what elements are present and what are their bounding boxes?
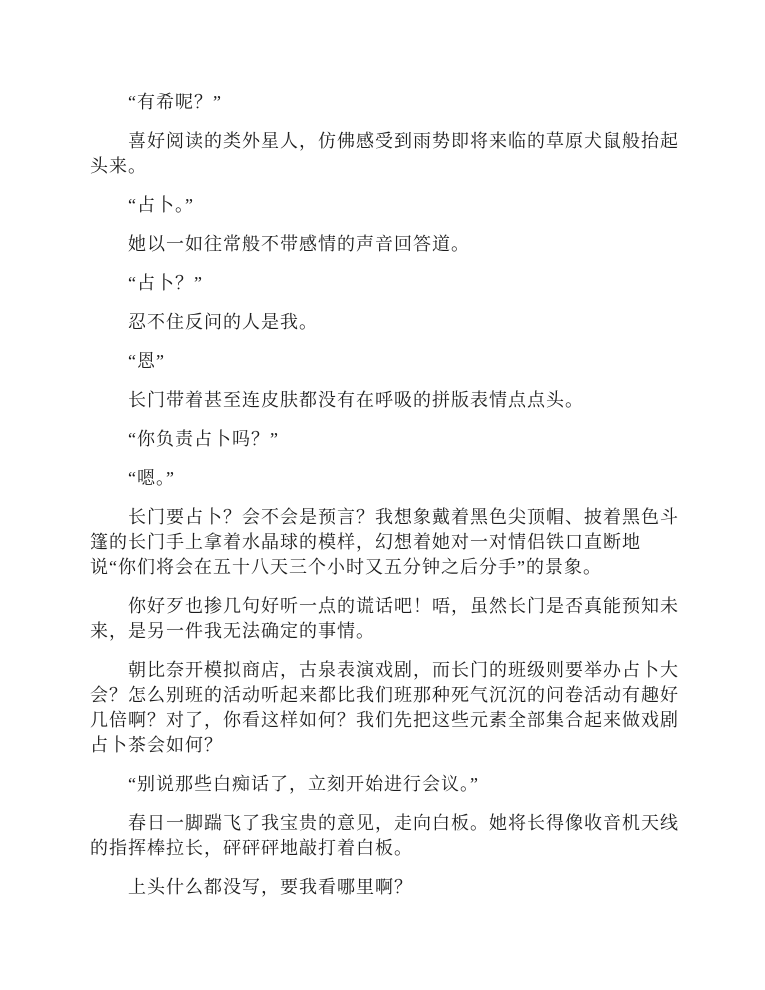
text-block: “有希呢？”喜好阅读的类外星人，仿佛感受到雨势即将来临的草原犬鼠般抬起头来。“占… bbox=[90, 90, 675, 900]
text-line: “占卜。” bbox=[90, 193, 675, 218]
text-line: 长门要占卜？会不会是预言？我想象戴着黑色尖顶帽、披着黑色斗 bbox=[90, 505, 675, 530]
paragraph: “有希呢？” bbox=[90, 90, 675, 115]
paragraph: 长门要占卜？会不会是预言？我想象戴着黑色尖顶帽、披着黑色斗篷的长门手上拿着水晶球… bbox=[90, 505, 675, 580]
paragraph: 你好歹也掺几句好听一点的谎话吧！唔，虽然长门是否真能预知未来，是另一件我无法确定… bbox=[90, 594, 675, 644]
document-page: “有希呢？”喜好阅读的类外星人，仿佛感受到雨势即将来临的草原犬鼠般抬起头来。“占… bbox=[0, 0, 765, 990]
text-line: “有希呢？” bbox=[90, 90, 675, 115]
paragraph: “恩” bbox=[90, 349, 675, 374]
paragraph: 春日一脚踹飞了我宝贵的意见，走向白板。她将长得像收音机天线的指挥棒拉长，砰砰砰地… bbox=[90, 811, 675, 861]
text-line: 春日一脚踹飞了我宝贵的意见，走向白板。她将长得像收音机天线 bbox=[90, 811, 675, 836]
paragraph: 长门带着甚至连皮肤都没有在呼吸的拼版表情点点头。 bbox=[90, 388, 675, 413]
text-line: 篷的长门手上拿着水晶球的模样，幻想着她对一对情侣铁口直断地 bbox=[90, 530, 675, 555]
text-line: 上头什么都没写，要我看哪里啊？ bbox=[90, 875, 675, 900]
paragraph: “你负责占卜吗？” bbox=[90, 427, 675, 452]
text-line: 说“你们将会在五十八天三个小时又五分钟之后分手”的景象。 bbox=[90, 555, 675, 580]
paragraph: 上头什么都没写，要我看哪里啊？ bbox=[90, 875, 675, 900]
text-line: 朝比奈开模拟商店，古泉表演戏剧，而长门的班级则要举办占卜大 bbox=[90, 658, 675, 683]
paragraph: “嗯。” bbox=[90, 466, 675, 491]
text-line: “别说那些白痴话了，立刻开始进行会议。” bbox=[90, 772, 675, 797]
text-line: 她以一如往常般不带感情的声音回答道。 bbox=[90, 232, 675, 257]
paragraph: “占卜？” bbox=[90, 271, 675, 296]
paragraph: “别说那些白痴话了，立刻开始进行会议。” bbox=[90, 772, 675, 797]
paragraph: 朝比奈开模拟商店，古泉表演戏剧，而长门的班级则要举办占卜大会？怎么别班的活动听起… bbox=[90, 658, 675, 758]
text-line: 你好歹也掺几句好听一点的谎话吧！唔，虽然长门是否真能预知未 bbox=[90, 594, 675, 619]
text-line: 长门带着甚至连皮肤都没有在呼吸的拼版表情点点头。 bbox=[90, 388, 675, 413]
text-line: 会？怎么别班的活动听起来都比我们班那种死气沉沉的问卷活动有趣好 bbox=[90, 683, 675, 708]
paragraph: 忍不住反问的人是我。 bbox=[90, 310, 675, 335]
paragraph: “占卜。” bbox=[90, 193, 675, 218]
text-line: 占卜茶会如何？ bbox=[90, 733, 675, 758]
text-line: “占卜？” bbox=[90, 271, 675, 296]
text-line: “恩” bbox=[90, 349, 675, 374]
text-line: 的指挥棒拉长，砰砰砰地敲打着白板。 bbox=[90, 836, 675, 861]
paragraph: 她以一如往常般不带感情的声音回答道。 bbox=[90, 232, 675, 257]
text-line: “你负责占卜吗？” bbox=[90, 427, 675, 452]
paragraph: 喜好阅读的类外星人，仿佛感受到雨势即将来临的草原犬鼠般抬起头来。 bbox=[90, 129, 675, 179]
text-line: 喜好阅读的类外星人，仿佛感受到雨势即将来临的草原犬鼠般抬起 bbox=[90, 129, 675, 154]
text-line: “嗯。” bbox=[90, 466, 675, 491]
text-line: 头来。 bbox=[90, 154, 675, 179]
text-line: 来，是另一件我无法确定的事情。 bbox=[90, 619, 675, 644]
text-line: 几倍啊？对了，你看这样如何？我们先把这些元素全部集合起来做戏剧 bbox=[90, 708, 675, 733]
text-line: 忍不住反问的人是我。 bbox=[90, 310, 675, 335]
